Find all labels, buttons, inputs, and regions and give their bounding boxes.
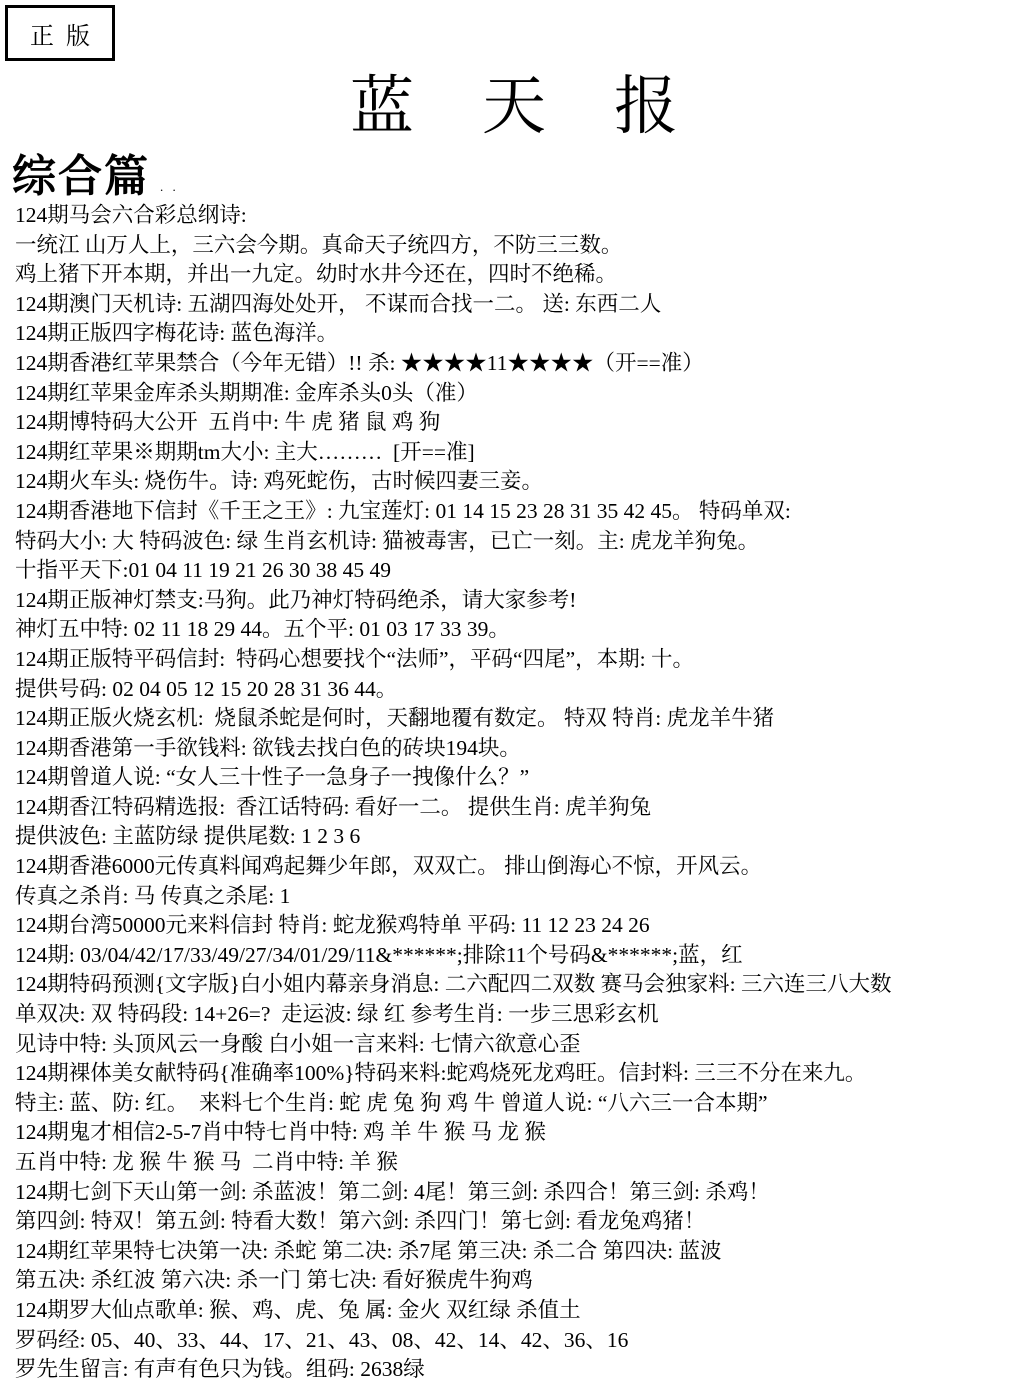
report-text-line: 124期马会六合彩总纲诗: bbox=[15, 201, 1027, 231]
report-text-line: 124期正版四字梅花诗: 蓝色海洋。 bbox=[15, 319, 1027, 349]
section-heading-dots: . . bbox=[160, 179, 179, 194]
report-text-line: 十指平天下:01 04 11 19 21 26 30 38 45 49 bbox=[15, 556, 1027, 586]
page-title: 蓝天报 bbox=[350, 55, 746, 147]
report-text-line: 124期七剑下天山第一剑: 杀蓝波！第二剑: 4尾！第三剑: 杀四合！第三剑: … bbox=[15, 1178, 1027, 1208]
report-text-line: 124期火车头: 烧伤牛。诗: 鸡死蛇伤，古时候四妻三妾。 bbox=[15, 467, 1027, 497]
section-heading-text: 综合篇 bbox=[12, 152, 150, 201]
report-text-line: 124期罗大仙点歌单: 猴、鸡、虎、兔 属: 金火 双红绿 杀值土 bbox=[15, 1296, 1027, 1326]
blue-sky-report-page: 正版 蓝天报 综合篇. . 124期马会六合彩总纲诗:一统江 山万人上，三六会今… bbox=[0, 0, 1031, 1388]
report-text-line: 124期正版火烧玄机: 烧鼠杀蛇是何时，天翻地覆有数定。 特双 特肖: 虎龙羊牛… bbox=[15, 704, 1027, 734]
report-text-line: 124期澳门天机诗: 五湖四海处处开， 不谋而合找一二。 送: 东西二人 bbox=[15, 290, 1027, 320]
report-text-line: 124期曾道人说: “女人三十性子一急身子一拽像什么？” bbox=[15, 763, 1027, 793]
report-text-line: 124期台湾50000元来料信封 特肖: 蛇龙猴鸡特单 平码: 11 12 23… bbox=[15, 911, 1027, 941]
report-text-line: 一统江 山万人上，三六会今期。真命天子统四方，不防三三数。 bbox=[15, 231, 1027, 261]
report-text-line: 124期香港6000元传真料闻鸡起舞少年郎，双双亡。 排山倒海心不惊，开风云。 bbox=[15, 852, 1027, 882]
report-text-line: 124期红苹果※期期tm大小: 主大……… [开==准] bbox=[15, 438, 1027, 468]
report-text-line: 124期正版神灯禁支:马狗。此乃神灯特码绝杀，请大家参考! bbox=[15, 586, 1027, 616]
report-text-line: 神灯五中特: 02 11 18 29 44。五个平: 01 03 17 33 3… bbox=[15, 615, 1027, 645]
report-text-line: 见诗中特: 头顶风云一身酸 白小姐一言来料: 七情六欲意心歪 bbox=[15, 1030, 1027, 1060]
report-text-line: 124期香港地下信封《千王之王》: 九宝莲灯: 01 14 15 23 28 3… bbox=[15, 497, 1027, 527]
report-text-line: 124期特码预测{文字版}白小姐内幕亲身消息: 二六配四二双数 赛马会独家料: … bbox=[15, 970, 1027, 1000]
report-text-line: 124期博特码大公开 五肖中: 牛 虎 猪 鼠 鸡 狗 bbox=[15, 408, 1027, 438]
report-text-line: 124期香港红苹果禁合（今年无错）!! 杀: ★★★★11★★★★（开==准） bbox=[15, 349, 1027, 379]
report-text-line: 罗先生留言: 有声有色只为钱。组码: 2638绿 bbox=[15, 1355, 1027, 1385]
report-text-line: 第四剑: 特双！第五剑: 特看大数！第六剑: 杀四门！第七剑: 看龙兔鸡猪！ bbox=[15, 1207, 1027, 1237]
report-text-line: 罗码经: 05、40、33、44、17、21、43、08、42、14、42、36… bbox=[15, 1326, 1027, 1356]
report-text-line: 第五决: 杀红波 第六决: 杀一门 第七决: 看好猴虎牛狗鸡 bbox=[15, 1266, 1027, 1296]
report-text-line: 提供波色: 主蓝防绿 提供尾数: 1 2 3 6 bbox=[15, 822, 1027, 852]
report-text-line: 124期红苹果金库杀头期期准: 金库杀头0头（准） bbox=[15, 379, 1027, 409]
report-text-line: 124期鬼才相信2-5-7肖中特七肖中特: 鸡 羊 牛 猴 马 龙 猴 bbox=[15, 1118, 1027, 1148]
report-text-line: 鸡上猪下开本期，并出一九定。幼时水井今还在，四时不绝稀。 bbox=[15, 260, 1027, 290]
report-text-line: 124期香港第一手欲钱料: 欲钱去找白色的砖块194块。 bbox=[15, 734, 1027, 764]
report-text-line: 特码大小: 大 特码波色: 绿 生肖玄机诗: 猫被毒害，已亡一刻。主: 虎龙羊狗… bbox=[15, 527, 1027, 557]
report-text-line: 124期裸体美女献特码{准确率100%}特码来料:蛇鸡烧死龙鸡旺。信封料: 三三… bbox=[15, 1059, 1027, 1089]
report-text-line: 124期红苹果特七决第一决: 杀蛇 第二决: 杀7尾 第三决: 杀二合 第四决:… bbox=[15, 1237, 1027, 1267]
report-text-line: 124期: 03/04/42/17/33/49/27/34/01/29/11&*… bbox=[15, 941, 1027, 971]
report-text-line: 提供号码: 02 04 05 12 15 20 28 31 36 44。 bbox=[15, 675, 1027, 705]
report-text-line: 传真之杀肖: 马 传真之杀尾: 1 bbox=[15, 882, 1027, 912]
report-text-line: 124期香江特码精选报: 香江话特码: 看好一二。 提供生肖: 虎羊狗兔 bbox=[15, 793, 1027, 823]
report-text-line: 单双决: 双 特码段: 14+26=? 走运波: 绿 红 参考生肖: 一步三思彩… bbox=[15, 1000, 1027, 1030]
section-heading: 综合篇. . bbox=[12, 140, 179, 204]
authentic-edition-badge: 正版 bbox=[5, 5, 115, 61]
report-text-line: 特主: 蓝、防: 红。 来料七个生肖: 蛇 虎 兔 狗 鸡 牛 曾道人说: “八… bbox=[15, 1089, 1027, 1119]
report-body: 124期马会六合彩总纲诗:一统江 山万人上，三六会今期。真命天子统四方，不防三三… bbox=[15, 201, 1027, 1385]
report-text-line: 五肖中特: 龙 猴 牛 猴 马 二肖中特: 羊 猴 bbox=[15, 1148, 1027, 1178]
report-text-line: 124期正版特平码信封: 特码心想要找个“法师”，平码“四尾”，本期: 十。 bbox=[15, 645, 1027, 675]
